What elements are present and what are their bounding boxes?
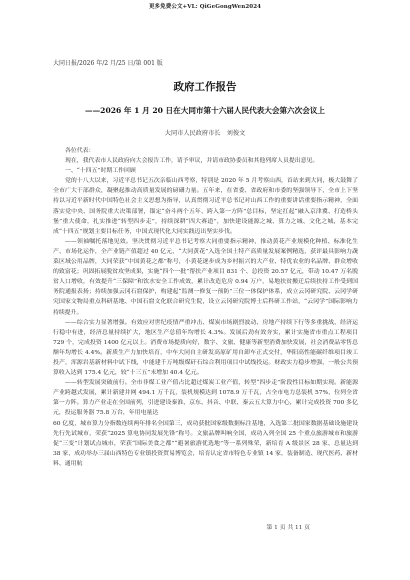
page-number: 第 1 页 共 11 页: [267, 522, 310, 531]
paragraph: 60 亿度，城市算力分指数连续两年排名全国第三，成功获批国家级数据标注基地，入选…: [53, 419, 358, 469]
paragraph: 党的十八大以来，习近平总书记五次亲临山西考察，特别是 2020 年 5 月考察山…: [53, 176, 358, 237]
document-subtitle: ——2026 年 1 月 20 日在大同市第十六届人民代表大会第六次会议上: [0, 105, 410, 116]
paragraph: ——领袖嘱托落地见效。坚决贯彻习近平总书记考察大同重要指示精神，推动黄花产业规模…: [53, 237, 358, 318]
paragraph: ——转型发展突破前行。全市非煤工业产值占比超过煤炭工业产值，转型“四步走”阶段性…: [53, 378, 358, 418]
paragraph: ——综合实力显著增强。有效应对世纪疫情严重冲击、煤炭市场剧烈波动、房地产持续下行…: [53, 318, 358, 379]
document-author: 大同市人民政府市长 刘俊文: [0, 128, 410, 137]
dateline: 大同日报/2026 年/2 月/25 日/第 001 版: [53, 58, 163, 67]
watermark-text: 更多免费公文+VL: QiGeGongWen2024: [0, 2, 410, 10]
section-heading: 一、“十四五”时期工作回顾: [53, 166, 358, 176]
paragraph: 现在，我代表市人民政府向大会报告工作，请予审议，并请市政协委员和其他列席人员提出…: [53, 156, 358, 166]
document-title: 政府工作报告: [0, 79, 410, 94]
document-body: 各位代表： 现在，我代表市人民政府向大会报告工作，请予审议，并请市政协委员和其他…: [53, 146, 358, 469]
salutation: 各位代表：: [53, 146, 358, 156]
